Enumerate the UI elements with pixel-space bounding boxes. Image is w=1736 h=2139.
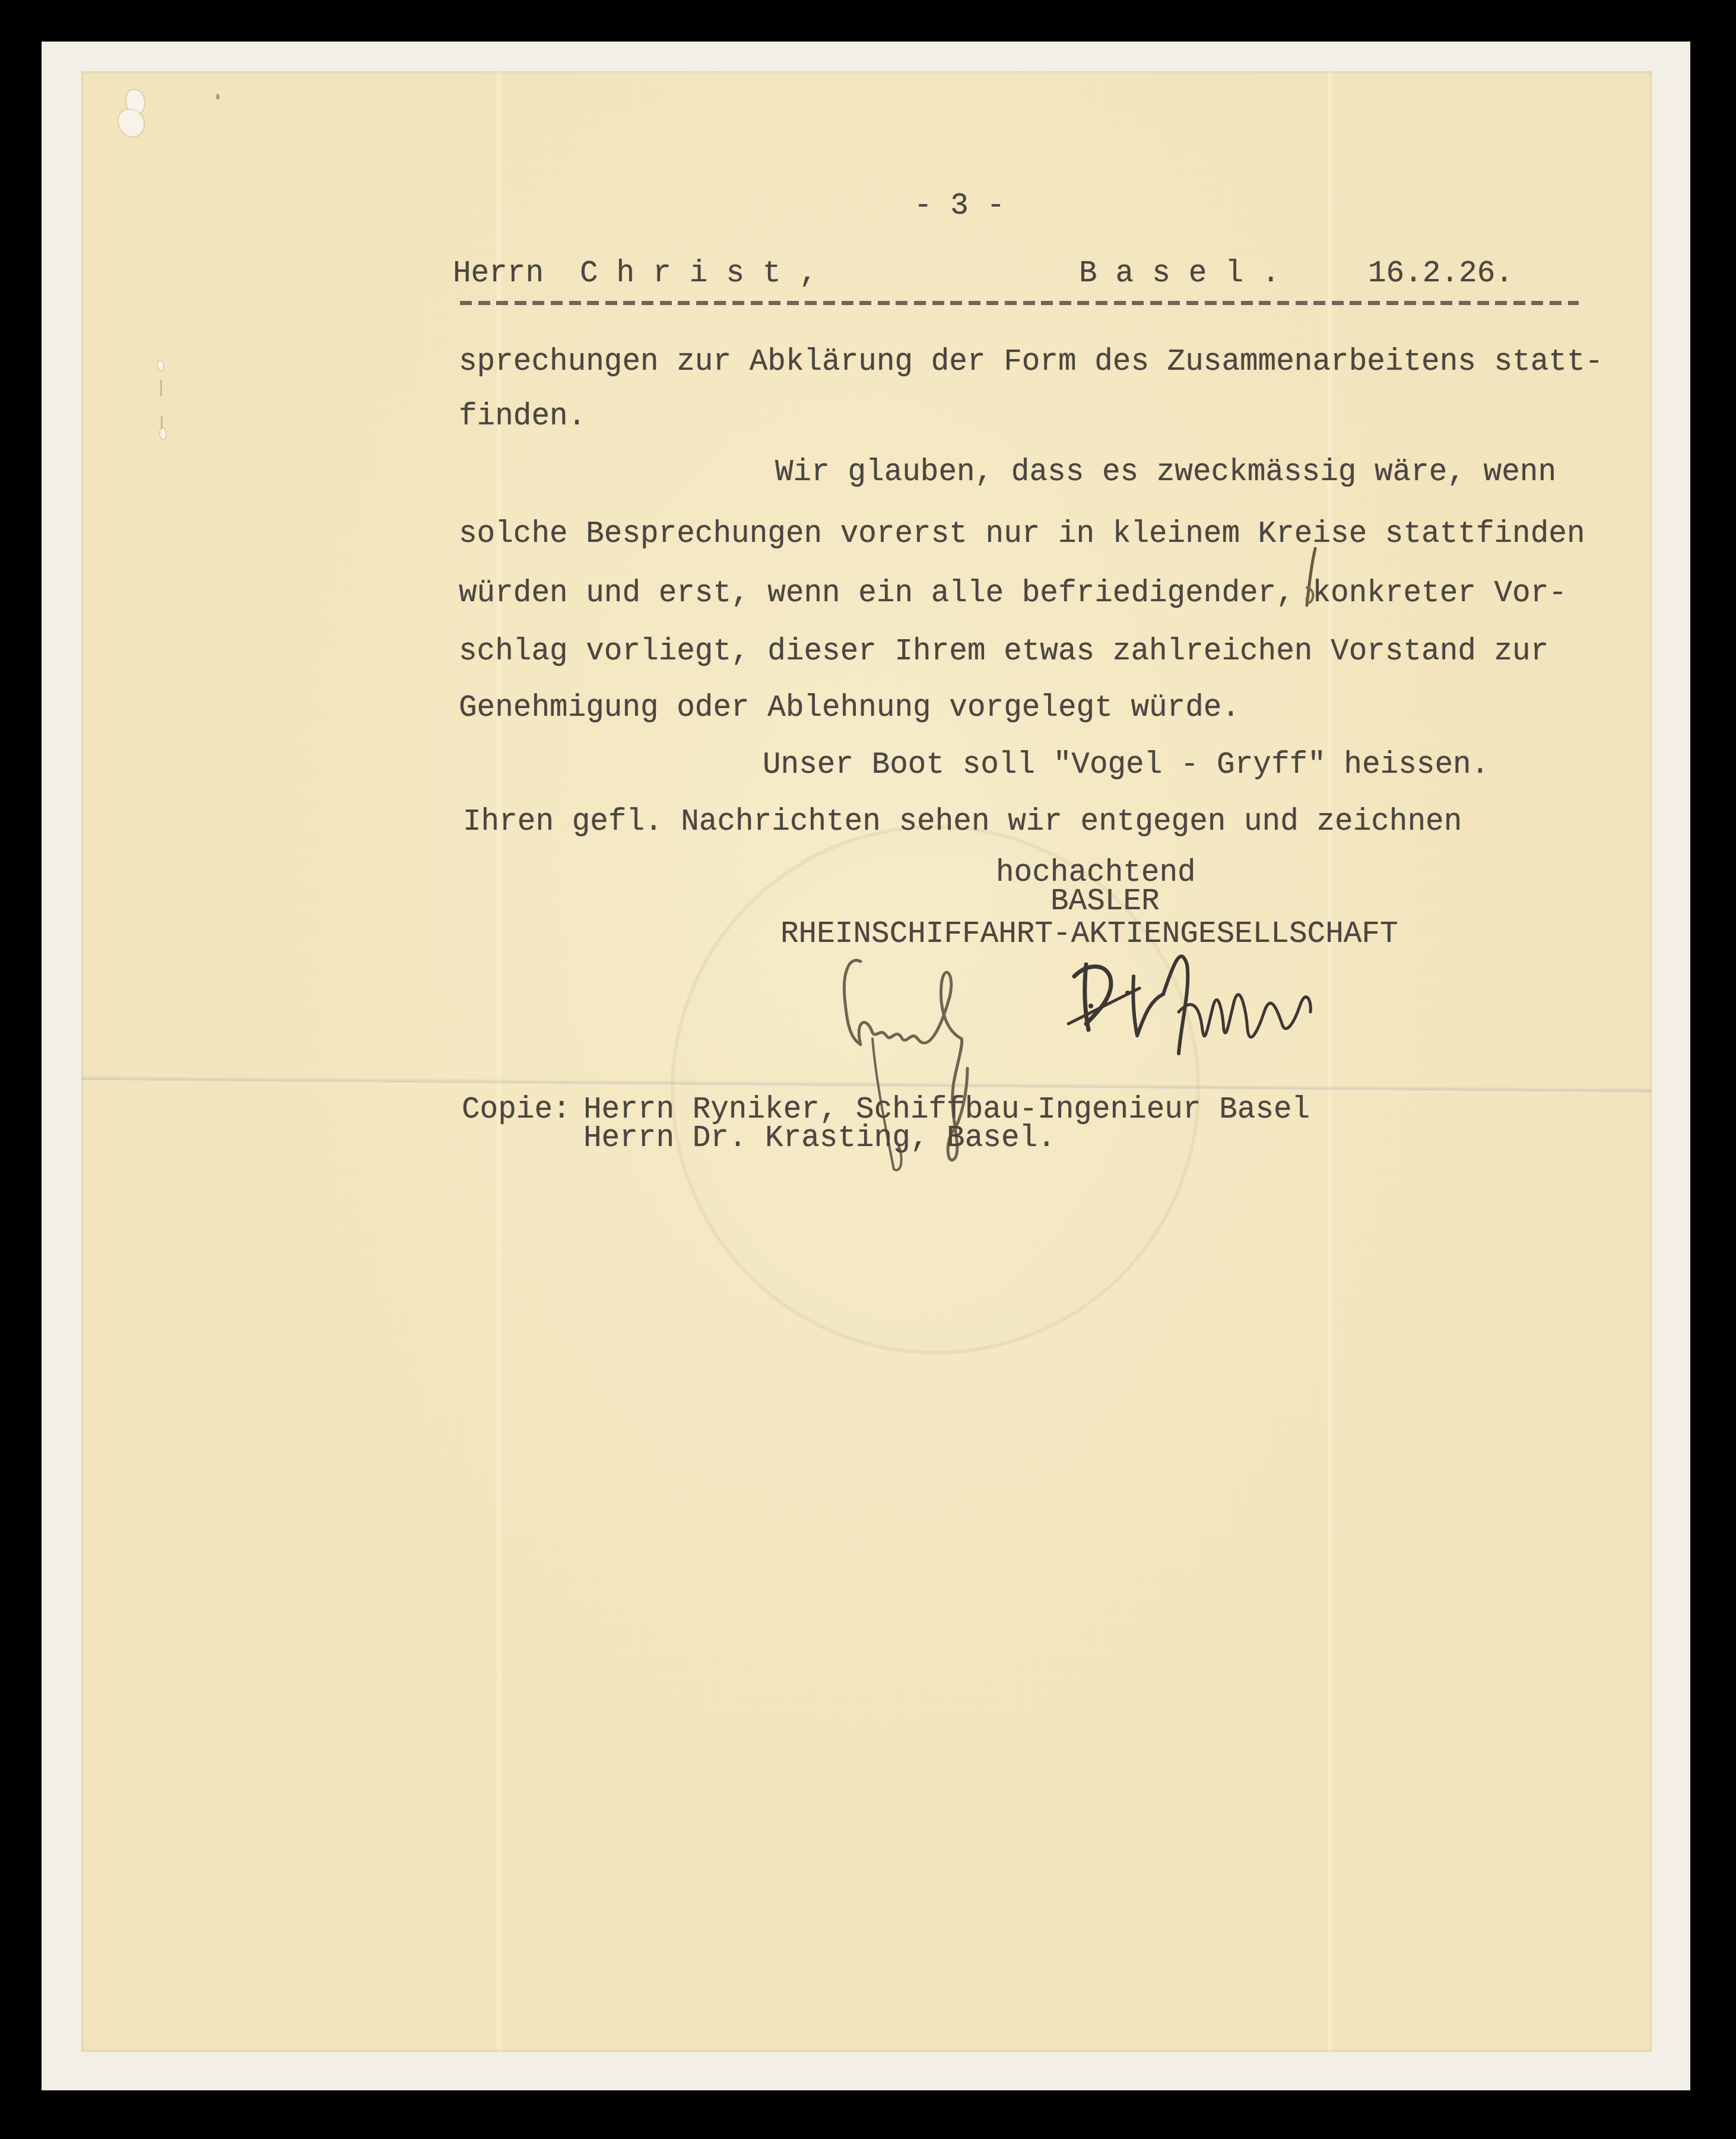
body-line: Wir glauben, dass es zweckmässig wäre, w…	[775, 458, 1556, 488]
date: 16.2.26.	[1368, 259, 1513, 289]
paper-defect-mark	[160, 429, 166, 439]
company-name-line-1: BASLER	[1051, 887, 1160, 917]
body-line: Genehmigung oder Ablehnung vorgelegt wür…	[459, 693, 1240, 723]
place: Basel.	[1079, 259, 1299, 289]
paper-speck	[161, 415, 163, 429]
body-line: würden und erst, wenn ein alle befriedig…	[459, 579, 1567, 609]
body-line: solche Besprechungen vorerst nur in klei…	[459, 519, 1585, 550]
handwritten-correction-mark	[1294, 546, 1329, 611]
body-line: finden.	[459, 402, 586, 432]
paper-speck	[216, 94, 220, 100]
copy-recipient: Herrn Ryniker, Schiffbau-Ingenieur Basel	[583, 1095, 1310, 1125]
paper-defect-mark	[158, 361, 163, 370]
body-line: Ihren gefl. Nachrichten sehen wir entgeg…	[463, 807, 1462, 837]
copy-recipient: Herrn Dr. Krasting, Basel.	[583, 1124, 1056, 1154]
body-line: Unser Boot soll "Vogel - Gryff" heissen.	[763, 750, 1489, 780]
body-line: sprechungen zur Abklärung der Form des Z…	[459, 347, 1603, 377]
paper-speck	[160, 380, 162, 396]
page-number: - 3 -	[914, 191, 1005, 221]
copies-label: Copie:	[462, 1095, 571, 1125]
closing-salutation: hochachtend	[996, 858, 1196, 888]
recipient-name: Christ,	[580, 259, 836, 289]
recipient-prefix: Herrn	[453, 259, 544, 289]
signature-2	[1062, 941, 1335, 1059]
header-dashed-rule	[460, 301, 1579, 305]
body-line: schlag vorliegt, dieser Ihrem etwas zahl…	[459, 637, 1548, 667]
